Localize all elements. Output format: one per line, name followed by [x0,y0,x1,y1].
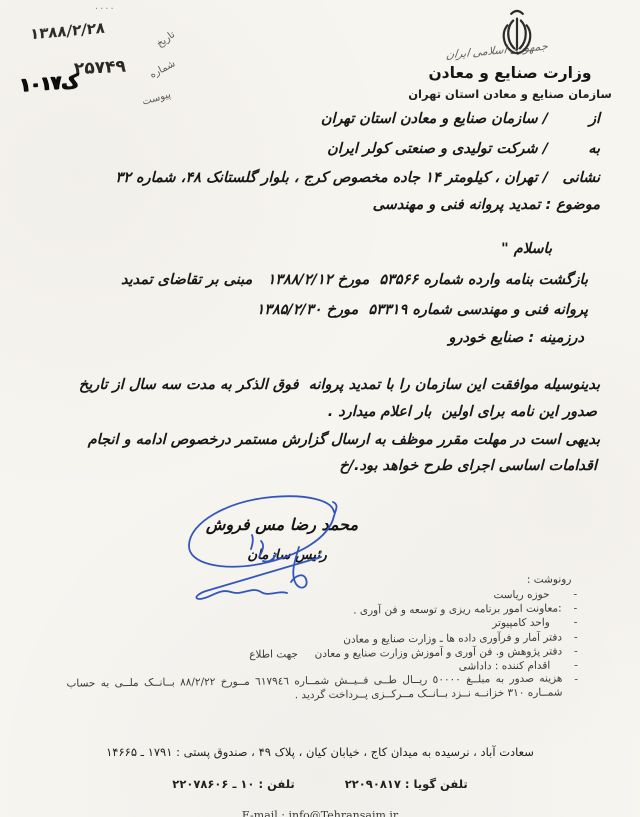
body-line-1: بازگشت بنامه وارده شماره ۵۳۵۶۶ مورخ ۱۳۸۸… [121,272,588,288]
attachment-stamp-label: پیوست [141,89,172,108]
cc-dash: - [569,658,578,672]
date-stamp-label: تاریخ [155,29,178,50]
voice-phone-value: ۲۲۰۹۰۸۱۷ [345,777,401,791]
voice-phone-label: تلفن گویا : [405,777,468,791]
cc-dash: - [569,630,578,644]
from-value: / سازمان صنایع و معادن استان تهران [321,111,548,127]
cc-dash: - [569,602,578,616]
cc-fee-note-row: - هزینه صدور به مبلــغ ٥٠٠٠٠ ریــال طــی… [66,673,578,706]
body-line-4: بدینوسیله موافقت این سازمان را با تمدید … [79,377,600,393]
cc-list: رونوشت : - حوزه ریاست - :معاونت امور برن… [65,573,578,705]
body-line-2: پروانه فنی و مهندسی شماره ۵۳۳۱۹ مورخ ۱۳۸… [256,302,588,318]
phone-value: ۱۰ ـ ۲۲۰۷۸۶۰۶ [172,777,254,791]
body-line-7: اقدامات اساسی اجرای طرح خواهد بود./خ [339,458,597,474]
cc-dash: - [569,644,578,658]
scan-dots-artifact: ···· [95,4,116,15]
signatory-title: رئیس سازمان [227,547,347,563]
to-label: به [548,141,600,157]
cc-item-text: واحد کامپیوتر [492,616,562,631]
address-value: / تهران ، کیلومتر ۱۴ جاده مخصوص کرج ، بل… [115,170,548,186]
footer-address: سعادت آباد ، نرسیده به میدان کاج ، خیابا… [0,745,640,759]
to-line: به/ شرکت تولیدی و صنعتی کولر ایران [327,141,600,157]
from-label: از [548,111,600,127]
footer-email-partial: E-mail : info@Tehransaim.ir [0,809,640,817]
footer-phone-line: تلفن گویا : ۲۲۰۹۰۸۱۷ تلفن : ۱۰ ـ ۲۲۰۷۸۶۰… [0,777,640,791]
organization-name: سازمان صنایع و معادن استان تهران [380,87,640,101]
number-stamp-value: ۲۵۷۴۹ [74,57,127,80]
phone-label: تلفن : [258,777,294,791]
cc-dash: - [569,673,578,701]
body-line-3: درزمینه : صنایع خودرو [449,330,584,346]
cc-fee-note: هزینه صدور به مبلــغ ٥٠٠٠٠ ریــال طــی ف… [66,673,562,706]
address-label: نشانی [548,170,600,186]
cc-item-text: حوزه ریاست [493,587,561,602]
registry-stamp: ک۱۰۱۷ [19,70,79,97]
cc-item-text: اقدام کننده : داداشی [459,659,563,674]
ministry-name: وزارت صنایع و معادن [395,64,625,82]
number-stamp-label: شماره [148,58,177,81]
address-line: نشانی/ تهران ، کیلومتر ۱۴ جاده مخصوص کرج… [115,170,600,186]
scanned-letter-page: جمهوری اسلامی ایران وزارت صنایع و معادن … [0,0,640,817]
from-line: از/ سازمان صنایع و معادن استان تهران [321,111,600,127]
subject-line: موضوع : تمدید پروانه فنی و مهندسی [373,197,600,213]
cc-dash: - [569,616,578,630]
signatory-name: محمد رضا مس فروش [192,515,372,534]
date-stamp-value: ۱۳۸۸/۲/۲۸ [30,19,105,44]
cc-dash: - [568,587,577,601]
body-line-6: بدیهی است در مهلت مقرر موظف به ارسال گزا… [88,432,600,448]
salutation: باسلام " [501,241,552,257]
to-value: / شرکت تولیدی و صنعتی کولر ایران [327,141,548,157]
body-line-5: صدور این نامه برای اولین بار اعلام میدار… [328,404,597,420]
